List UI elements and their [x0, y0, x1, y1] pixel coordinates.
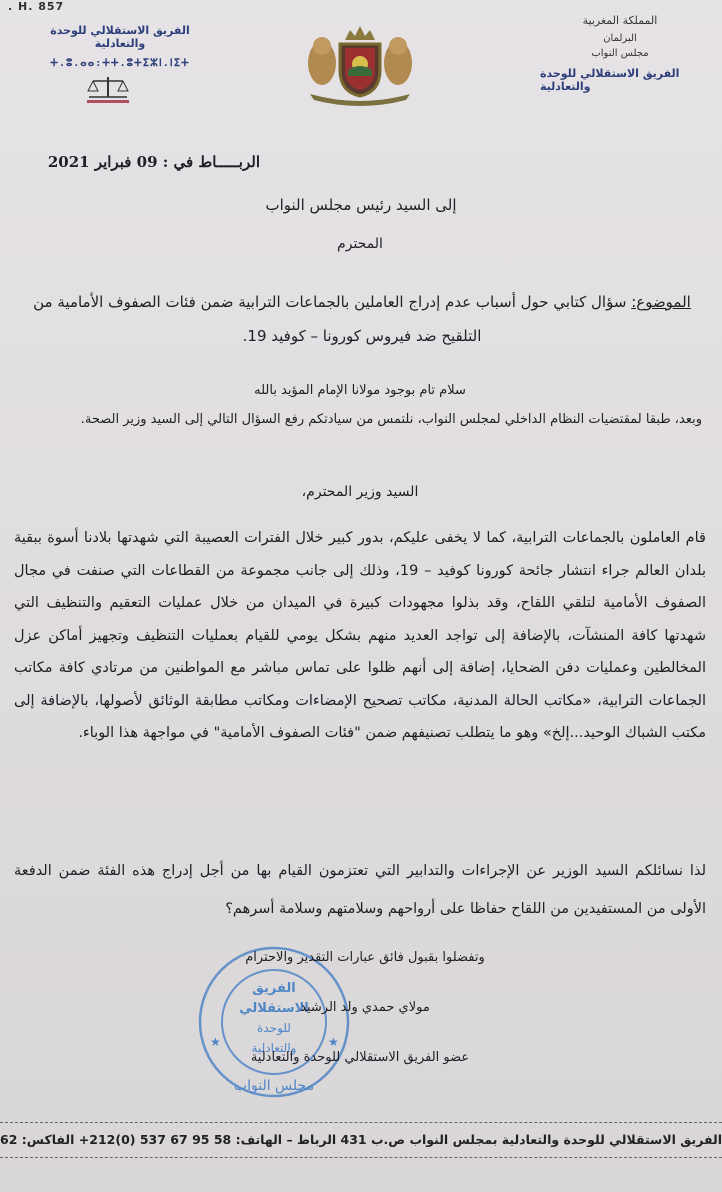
coat-of-arms-emblem [290, 18, 430, 110]
footer-contact-text: الفريق الاستقلالي للوحدة والتعادلية بمجل… [0, 1123, 722, 1157]
subject-text: سؤال كتابي حول أسباب عدم إدراج العاملين … [33, 293, 626, 345]
minister-greeting: السيد وزير المحترم، [260, 484, 460, 500]
group-name-right: الفريق الاستقلالي للوحدة والتعادلية [540, 67, 700, 93]
header-left: الفريق الاستقلالي للوحدة والتعادلية ⵜ.ⵓ.… [40, 24, 200, 69]
svg-text:★: ★ [328, 1035, 339, 1049]
group-name-arabic: الفريق الاستقلالي للوحدة والتعادلية [40, 24, 200, 50]
body-paragraph: قام العاملون بالجماعات الترابية، كما لا … [14, 522, 706, 750]
svg-text:مجلس النواب: مجلس النواب [234, 1078, 314, 1094]
question-paragraph: لذا نسائلكم السيد الوزير عن الإجراءات وا… [14, 852, 706, 928]
salutation: سلام تام بوجود مولانا الإمام المؤيد بالل… [140, 383, 580, 398]
letter-date: الربـــــاط في : 09 فبراير 2021 [40, 153, 260, 171]
footer-contact-bar: الفريق الاستقلالي للوحدة والتعادلية بمجل… [0, 1122, 722, 1158]
top-cut-fragment: . H. 857 [8, 0, 64, 13]
parliament-label: البرلمان [540, 33, 700, 44]
kingdom-label: المملكة المغربية [540, 14, 700, 27]
house-label: مجلس النواب [540, 48, 700, 59]
group-name-tifinagh: ⵜ.ⵓ.ⴰⴰ:ⵜⵜ.ⵓⵜⵉⵣⵏ.ⵏⵉⵜ [40, 58, 200, 69]
svg-text:الفريق: الفريق [252, 981, 295, 996]
subject-label: الموضوع: [631, 293, 691, 311]
addressee: إلى السيد رئيس مجلس النواب [180, 196, 542, 214]
intro-paragraph: وبعد، طبقا لمقتضيات النظام الداخلي لمجلس… [22, 404, 702, 436]
scales-of-justice-icon [85, 75, 131, 105]
subject-line: الموضوع: سؤال كتابي حول أسباب عدم إدراج … [22, 285, 702, 353]
official-stamp: الفريق الاستقلالي للوحدة والتعادلية مجلس… [194, 942, 354, 1102]
respected-title: المحترم [300, 236, 420, 252]
svg-text:للوحدة: للوحدة [257, 1021, 291, 1036]
signer-name: مولاي حمدي ولد الرشيد [250, 1000, 480, 1015]
header-right: المملكة المغربية البرلمان مجلس النواب ال… [540, 14, 700, 93]
svg-text:★: ★ [210, 1035, 221, 1049]
signer-role: عضو الفريق الاستقلالي للوحدة والتعادلية [230, 1050, 490, 1065]
closing-formula: وتفضلوا بقبول فائق عبارات التقدير والاحت… [240, 950, 490, 965]
